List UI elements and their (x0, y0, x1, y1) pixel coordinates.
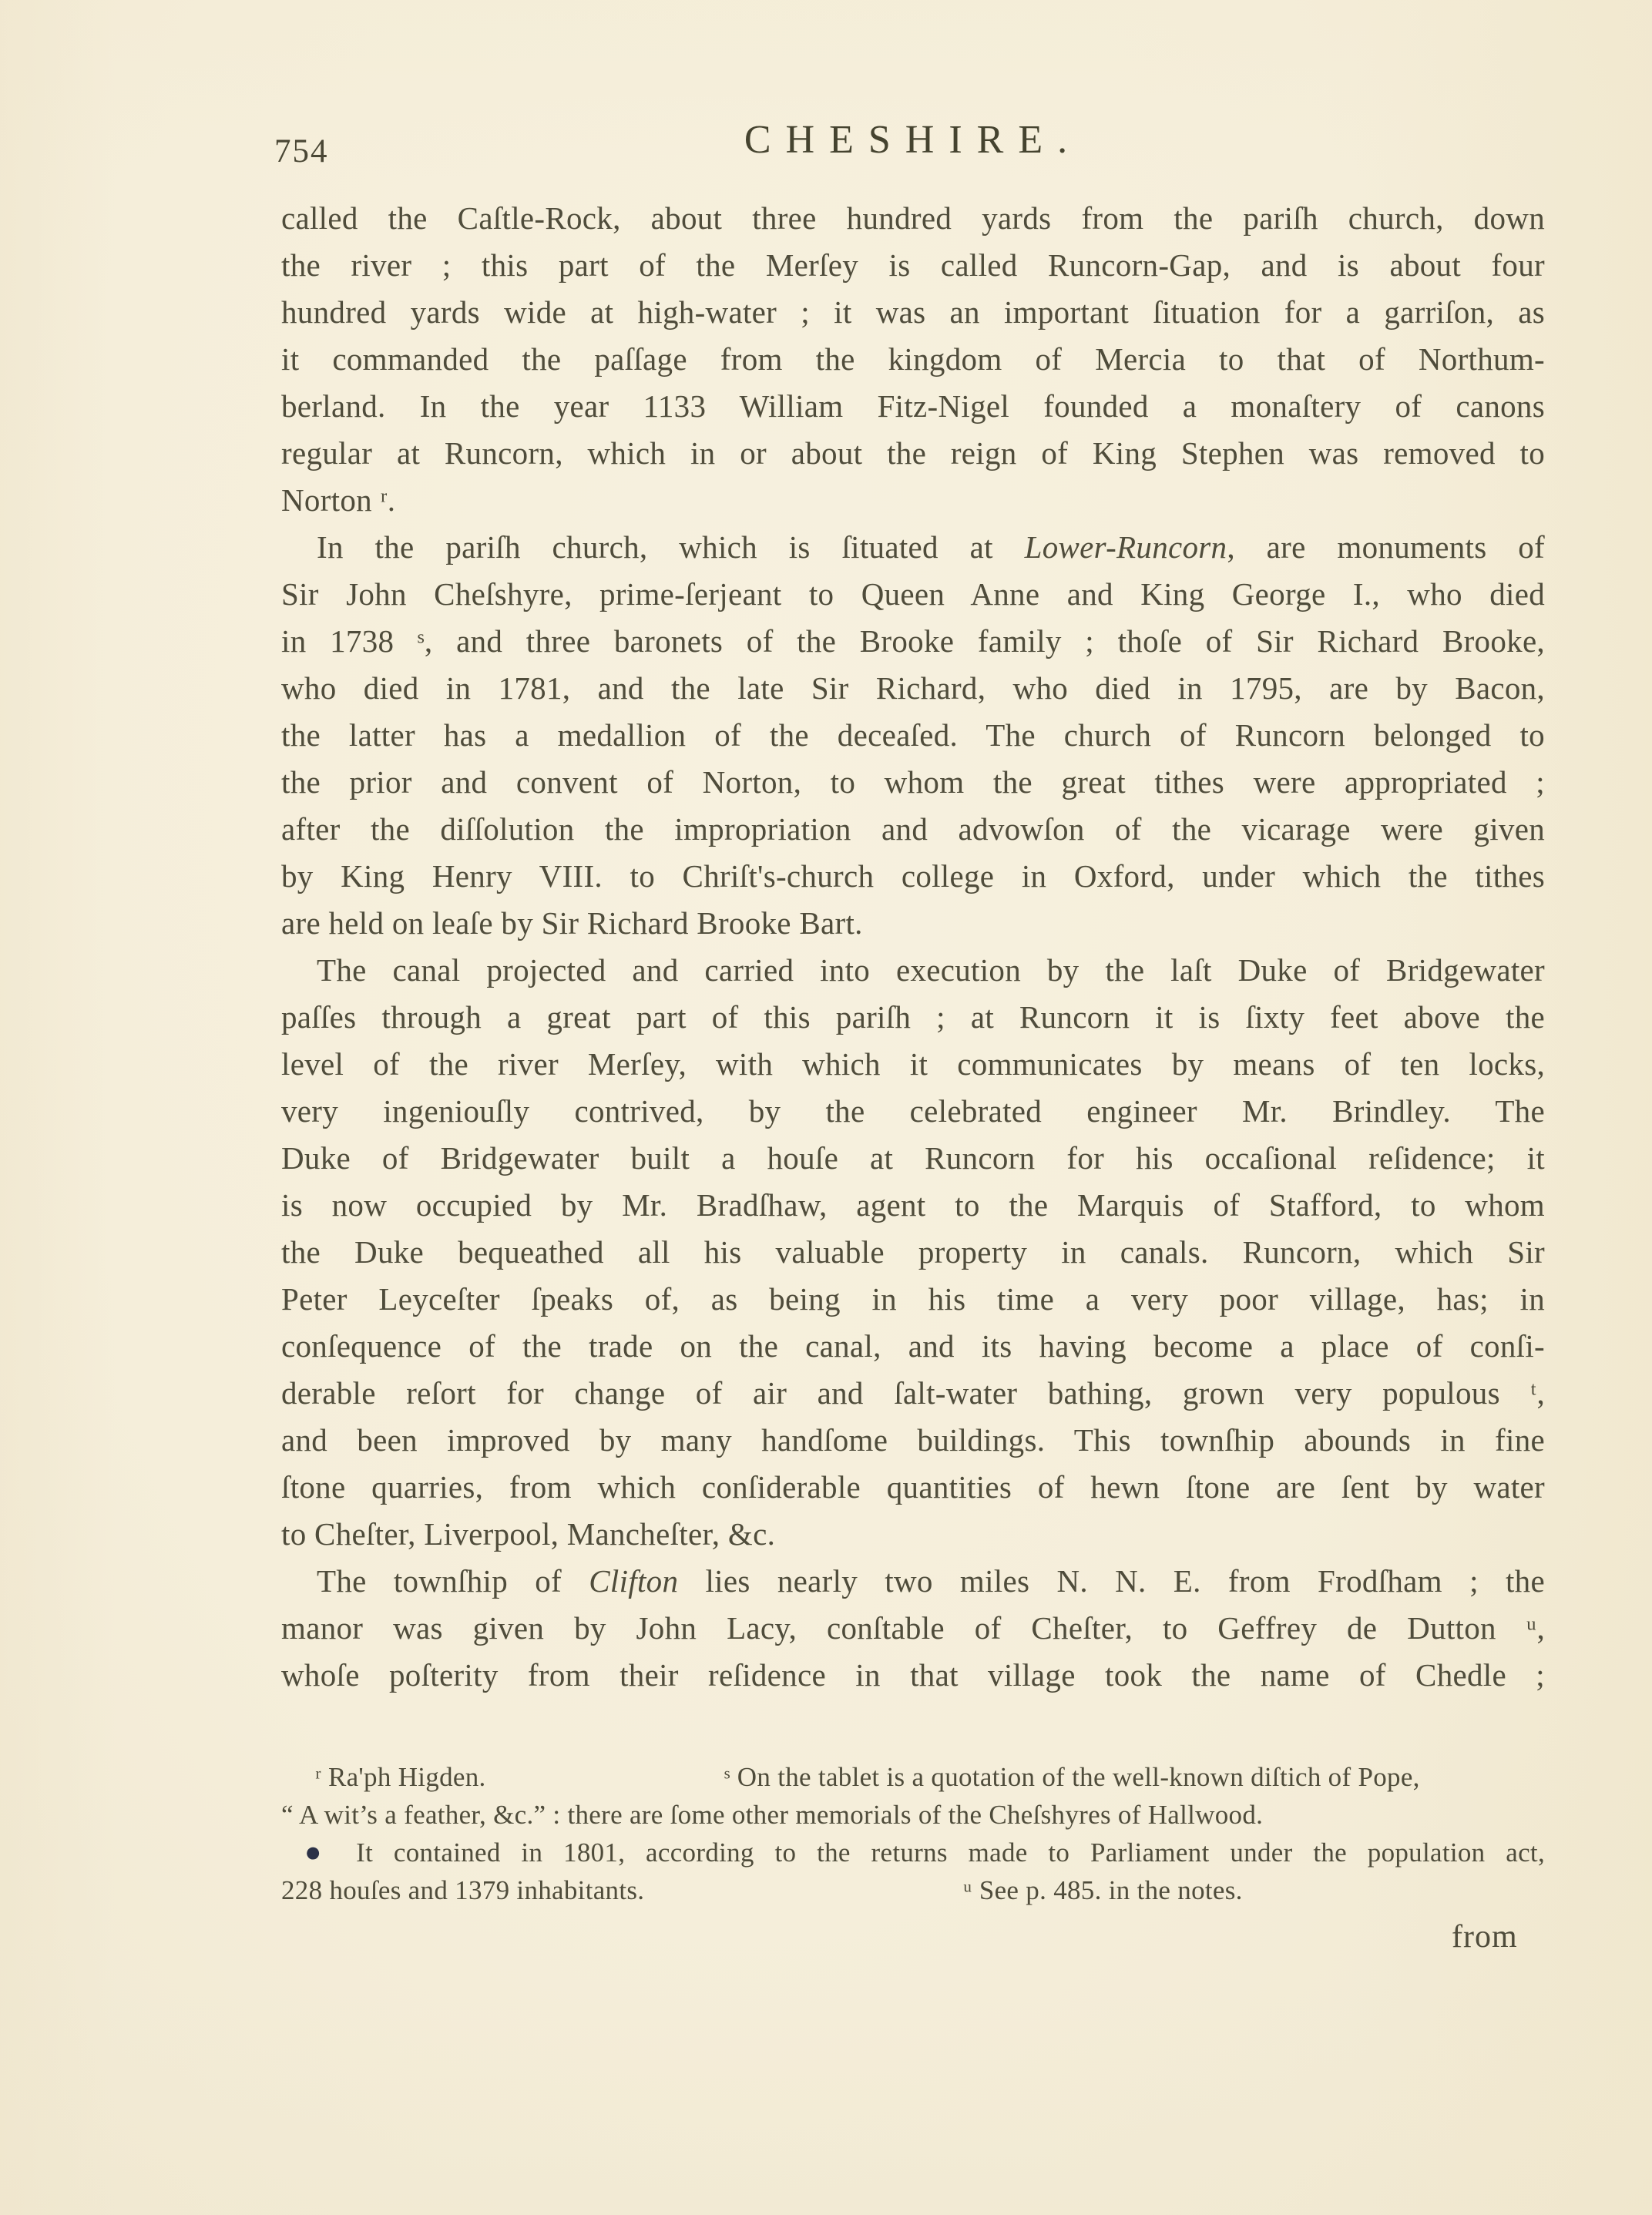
text-line: is now occupied by Mr. Bradſhaw, agent t… (281, 1182, 1545, 1229)
body-text: called the Caſtle-Rock, about three hund… (281, 195, 1545, 1699)
footnote-t-end: 228 houſes and 1379 inhabitants. (281, 1871, 644, 1909)
text-line: In the pariſh church, which is ſituated … (281, 524, 1545, 571)
text-line-segment: The townſhip of (317, 1563, 589, 1599)
text-line: Norton ʳ. (281, 477, 1545, 524)
text-line: the prior and convent of Norton, to whom… (281, 759, 1545, 806)
text-line: the river ; this part of the Merſey is c… (281, 242, 1545, 289)
text-line: who died in 1781, and the late Sir Richa… (281, 665, 1545, 712)
footnote-s-start: ˢ On the tablet is a quotation of the we… (724, 1758, 1420, 1796)
footnote-t-start: It contained in 1801, according to the r… (335, 1837, 1545, 1868)
text-line: conſequence of the trade on the canal, a… (281, 1323, 1545, 1370)
footnote-line: 228 houſes and 1379 inhabitants. ᵘ See p… (281, 1871, 1545, 1909)
footnote-line: “ A wit’s a feather, &c.” : there are ſo… (281, 1796, 1545, 1834)
text-line: hundred yards wide at high-water ; it wa… (281, 289, 1545, 336)
text-line: level of the river Merſey, with which it… (281, 1041, 1545, 1088)
text-line: called the Caſtle-Rock, about three hund… (281, 195, 1545, 242)
text-line: by King Henry VIII. to Chriſt's-church c… (281, 853, 1545, 900)
text-line: very ingeniouſly contrived, by the celeb… (281, 1088, 1545, 1135)
text-line: regular at Runcorn, which in or about th… (281, 430, 1545, 477)
text-line: whoſe poſterity from their reſidence in … (281, 1652, 1545, 1699)
catchword: from (1452, 1918, 1518, 1955)
text-line: and been improved by many handſome build… (281, 1417, 1545, 1464)
text-line: derable reſort for change of air and ſal… (281, 1370, 1545, 1417)
footnote-line: ● It contained in 1801, according to the… (281, 1834, 1545, 1871)
text-line: The townſhip of Clifton lies nearly two … (281, 1558, 1545, 1605)
text-line-segment: , are monuments of (1227, 529, 1545, 565)
page-title: CHESHIRE. (281, 117, 1545, 163)
text-line: to Cheſter, Liverpool, Mancheſter, &c. (281, 1511, 1545, 1558)
text-line: paſſes through a great part of this pari… (281, 994, 1545, 1041)
text-line: manor was given by John Lacy, conſtable … (281, 1605, 1545, 1652)
footnotes-block: ʳ Ra'ph Higden. ˢ On the tablet is a quo… (281, 1758, 1545, 1909)
italic-place-name: Clifton (589, 1563, 678, 1599)
text-line: are held on leaſe by Sir Richard Brooke … (281, 900, 1545, 947)
text-line: berland. In the year 1133 William Fitz-N… (281, 383, 1545, 430)
text-line-segment: In the pariſh church, which is ſituated … (317, 529, 1025, 565)
text-line-segment: lies nearly two miles N. N. E. from Frod… (678, 1563, 1545, 1599)
text-line: in 1738 ˢ, and three baronets of the Bro… (281, 618, 1545, 665)
footnote-r: ʳ Ra'ph Higden. (315, 1758, 486, 1796)
book-page: 754 CHESHIRE. called the Caſtle-Rock, ab… (0, 0, 1652, 2215)
text-line: the Duke bequeathed all his valuable pro… (281, 1229, 1545, 1276)
footnote-line: ʳ Ra'ph Higden. ˢ On the tablet is a quo… (281, 1758, 1545, 1796)
text-line: it commanded the paſſage from the kingdo… (281, 336, 1545, 383)
text-line: ſtone quarries, from which conſiderable … (281, 1464, 1545, 1511)
text-line: the latter has a medallion of the deceaſ… (281, 712, 1545, 759)
text-line: Sir John Cheſshyre, prime-ſerjeant to Qu… (281, 571, 1545, 618)
text-line: Duke of Bridgewater built a houſe at Run… (281, 1135, 1545, 1182)
italic-place-name: Lower-Runcorn (1025, 529, 1227, 565)
footnote-u: ᵘ See p. 485. in the notes. (963, 1871, 1243, 1909)
ink-blot-footnote-marker: ● (304, 1837, 335, 1868)
text-line: Peter Leyceſter ſpeaks of, as being in h… (281, 1276, 1545, 1323)
text-line: after the diſſolution the impropriation … (281, 806, 1545, 853)
text-line: The canal projected and carried into exe… (281, 947, 1545, 994)
